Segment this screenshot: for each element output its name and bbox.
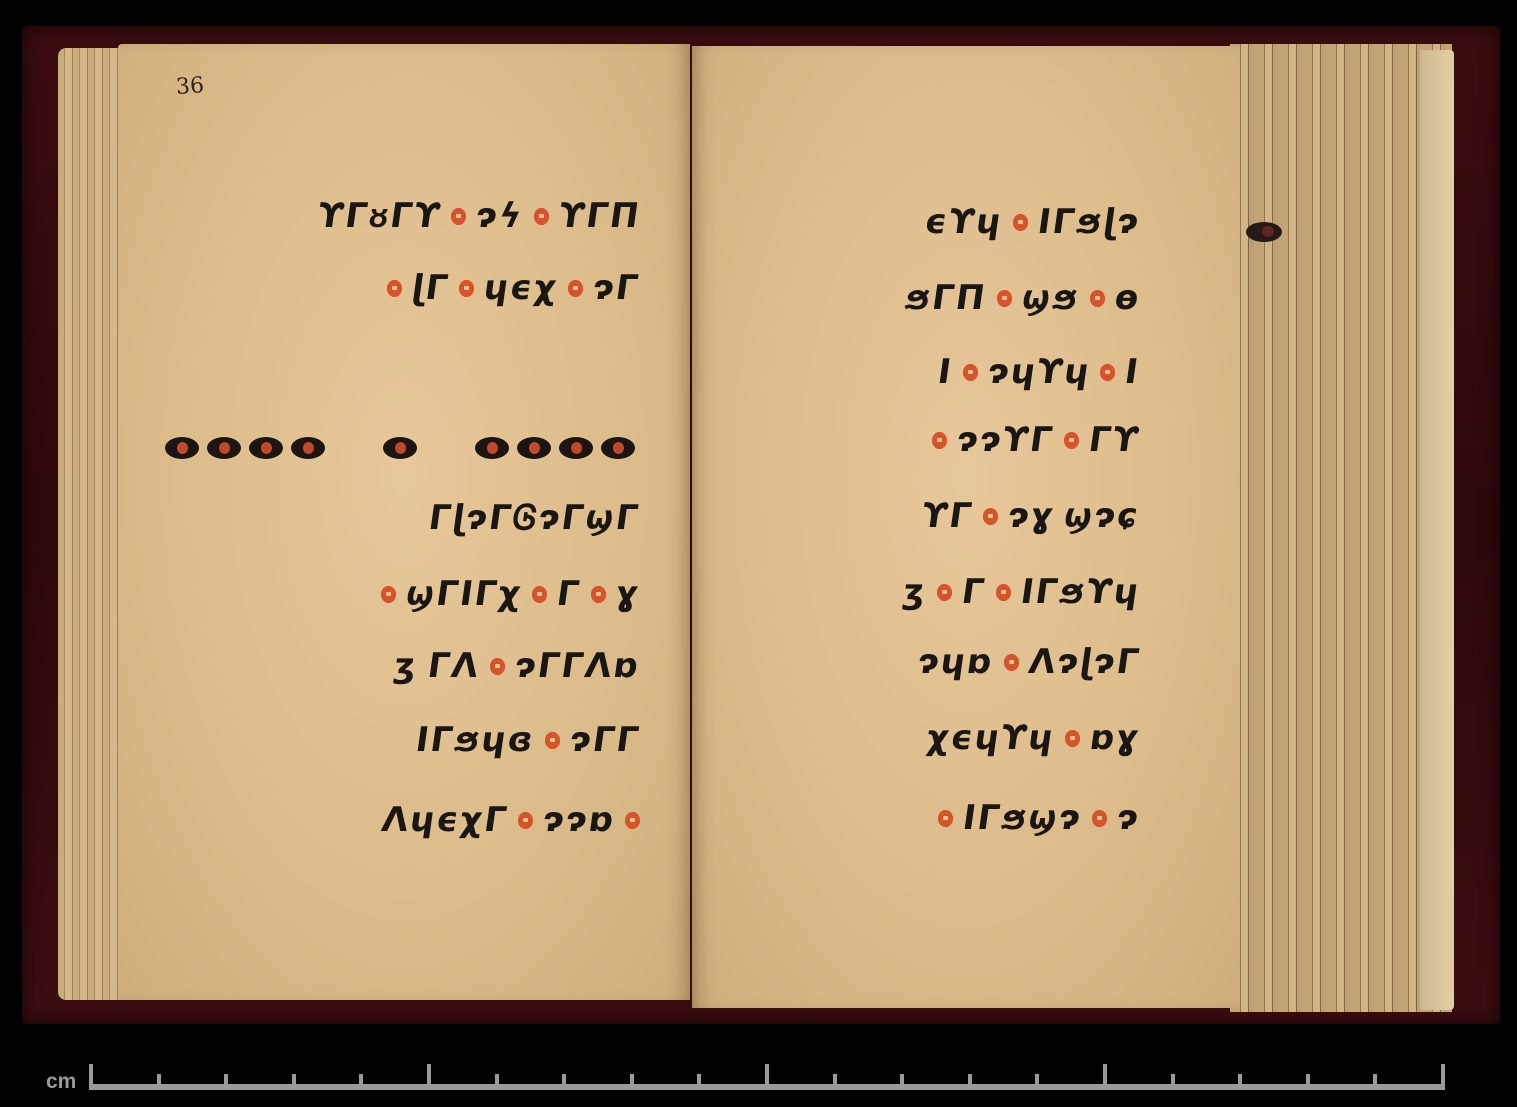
large-dot-icon — [291, 437, 325, 459]
ruler-unit-label: cm — [46, 1070, 76, 1094]
rubric-dot-icon — [381, 586, 396, 603]
right-page-stack — [1230, 44, 1452, 1012]
script-word: ϵϒɥ — [923, 205, 1005, 239]
rubric-dot-icon — [451, 208, 466, 225]
text-line: ϧΓΠϣϧɵ — [730, 278, 1140, 318]
script-word: ΙΓϧϣɂ — [961, 801, 1085, 835]
text-line: ϵϒɥΙΓϧɭɂ — [730, 202, 1140, 242]
script-word: ϣϧ — [1019, 281, 1082, 315]
ruler-minor-tick — [630, 1074, 634, 1090]
text-line: ʒΓΙΓϧϒɥ — [730, 572, 1140, 612]
script-word: ϒΓΠ — [556, 199, 642, 233]
ruler-minor-tick — [900, 1074, 904, 1090]
text-line: ʒΓɅɂΓΓɅɒ — [200, 646, 640, 686]
large-dot-icon — [559, 437, 593, 459]
large-dot-icon — [475, 437, 509, 459]
text-line: ΓɭɂΓᎶɂΓϣΓ — [200, 498, 640, 538]
text-line — [165, 428, 635, 468]
ruler-minor-tick — [495, 1074, 499, 1090]
text-line: ϣΓΙΓχΓɣ — [200, 574, 640, 614]
script-word: ɂɥϒɥ — [985, 355, 1092, 389]
rubric-dot-icon — [518, 812, 533, 829]
script-word: ɭΓ — [410, 271, 452, 305]
ruler-minor-tick — [359, 1074, 363, 1090]
ruler-minor-tick — [1035, 1074, 1039, 1090]
text-line: ΙɂɥϒɥΙ — [730, 352, 1140, 392]
script-word: χϵɥϒɥ — [925, 721, 1057, 755]
large-dot-icon — [207, 437, 241, 459]
text-line: ϒΓᴕΓϒɂϟϒΓΠ — [200, 196, 640, 236]
ruler-major-tick — [427, 1064, 431, 1090]
text-line: ϒΓɂɣϣɂɕ — [730, 496, 1140, 536]
script-word: ϒΓᴕΓϒ — [315, 199, 443, 233]
rubric-dot-icon — [1092, 810, 1107, 827]
rubric-dot-icon — [532, 586, 547, 603]
script-word: Γ — [960, 575, 988, 609]
script-word: ɂΓΓ — [567, 723, 642, 757]
script-word: ϒΓ — [919, 499, 975, 533]
text-line: ɂɥɒɅɂɭɂΓ — [730, 642, 1140, 682]
script-word: Γϒ — [1087, 423, 1143, 457]
scale-ruler: cm — [0, 1050, 1517, 1107]
large-dot-icon — [601, 437, 635, 459]
script-word: ΓɭɂΓᎶɂΓϣΓ — [427, 501, 642, 535]
rubric-dot-icon — [963, 364, 978, 381]
script-word: Ι — [1123, 355, 1142, 389]
text-line: ɭΓɥϵχɂΓ — [200, 268, 640, 308]
rubric-dot-icon — [1065, 730, 1080, 747]
rubric-dot-icon — [1100, 364, 1115, 381]
ruler-major-tick — [765, 1064, 769, 1090]
rubric-dot-icon — [1004, 654, 1019, 671]
ruler-minor-tick — [224, 1074, 228, 1090]
large-dot-icon — [249, 437, 283, 459]
script-word: ɂϟ — [474, 199, 526, 233]
rubric-dot-icon — [937, 584, 952, 601]
large-dot-icon — [383, 437, 417, 459]
text-line: ΙΓϧϣɂɂ — [730, 798, 1140, 838]
script-word: ɂ — [1115, 801, 1143, 835]
rubric-dot-icon — [983, 508, 998, 525]
ruler-major-tick — [1441, 1064, 1445, 1090]
script-word: ɅɥϵχΓ — [379, 803, 510, 837]
ruler-minor-tick — [562, 1074, 566, 1090]
rubric-dot-icon — [534, 208, 549, 225]
rubric-dot-icon — [1013, 214, 1028, 231]
ruler-minor-tick — [697, 1074, 701, 1090]
script-word: ʒ — [392, 649, 421, 683]
ruler-major-tick — [89, 1064, 93, 1090]
right-page-edge — [1420, 50, 1454, 1010]
dot-group — [383, 437, 417, 459]
script-word: ΙΓϧɭɂ — [1035, 205, 1142, 239]
script-word: ϧΓΠ — [903, 281, 989, 315]
text-line: ɂɂϒΓΓϒ — [730, 420, 1140, 460]
script-word: ɥϵχ — [482, 271, 561, 305]
ruler-minor-tick — [1238, 1074, 1242, 1090]
margin-mark-icon — [1246, 222, 1282, 242]
script-word: Γ — [555, 577, 583, 611]
script-word: ʒ — [901, 575, 930, 609]
rubric-dot-icon — [932, 432, 947, 449]
dot-group — [165, 437, 325, 459]
script-word: ɅɂɭɂΓ — [1026, 645, 1142, 679]
ruler-minor-tick — [157, 1074, 161, 1090]
rubric-dot-icon — [545, 732, 560, 749]
rubric-dot-icon — [625, 812, 640, 829]
script-word: ɂΓΓɅɒ — [513, 649, 643, 683]
rubric-dot-icon — [490, 658, 505, 675]
ruler-minor-tick — [833, 1074, 837, 1090]
rubric-dot-icon — [996, 584, 1011, 601]
large-dot-icon — [517, 437, 551, 459]
text-line: ɅɥϵχΓɂɂɒ — [200, 800, 640, 840]
rubric-dot-icon — [387, 280, 402, 297]
ruler-minor-tick — [292, 1074, 296, 1090]
ruler-minor-tick — [1171, 1074, 1175, 1090]
script-word: ɂɥɒ — [916, 645, 996, 679]
rubric-dot-icon — [568, 280, 583, 297]
rubric-dot-icon — [459, 280, 474, 297]
script-word: ΙΓϧϒɥ — [1018, 575, 1142, 609]
script-word: ɂɂɒ — [541, 803, 618, 837]
rubric-dot-icon — [997, 290, 1012, 307]
script-word: ɂΓ — [591, 271, 642, 305]
script-word: ϣΓΙΓχ — [404, 577, 525, 611]
rubric-dot-icon — [591, 586, 606, 603]
large-dot-icon — [165, 437, 199, 459]
rubric-dot-icon — [1090, 290, 1105, 307]
rubric-dot-icon — [1064, 432, 1079, 449]
ruler-minor-tick — [1373, 1074, 1377, 1090]
script-word: ϣɂɕ — [1062, 499, 1142, 533]
dot-group — [475, 437, 635, 459]
text-line: ΙΓϧɥɞɂΓΓ — [200, 720, 640, 760]
script-word: Ι — [936, 355, 955, 389]
text-line: χϵɥϒɥɒɣ — [730, 718, 1140, 758]
ruler-minor-tick — [968, 1074, 972, 1090]
script-word: ɣ — [614, 577, 643, 611]
script-word: ɒɣ — [1087, 721, 1142, 755]
rubric-dot-icon — [938, 810, 953, 827]
script-word: ɵ — [1112, 281, 1142, 315]
ruler-major-tick — [1103, 1064, 1107, 1090]
ruler-minor-tick — [1306, 1074, 1310, 1090]
script-word: ɂɣ — [1005, 499, 1057, 533]
script-word: ΓɅ — [426, 649, 483, 683]
script-word: ΙΓϧɥɞ — [414, 723, 537, 757]
folio-number: 36 — [175, 73, 205, 100]
script-word: ɂɂϒΓ — [955, 423, 1057, 457]
